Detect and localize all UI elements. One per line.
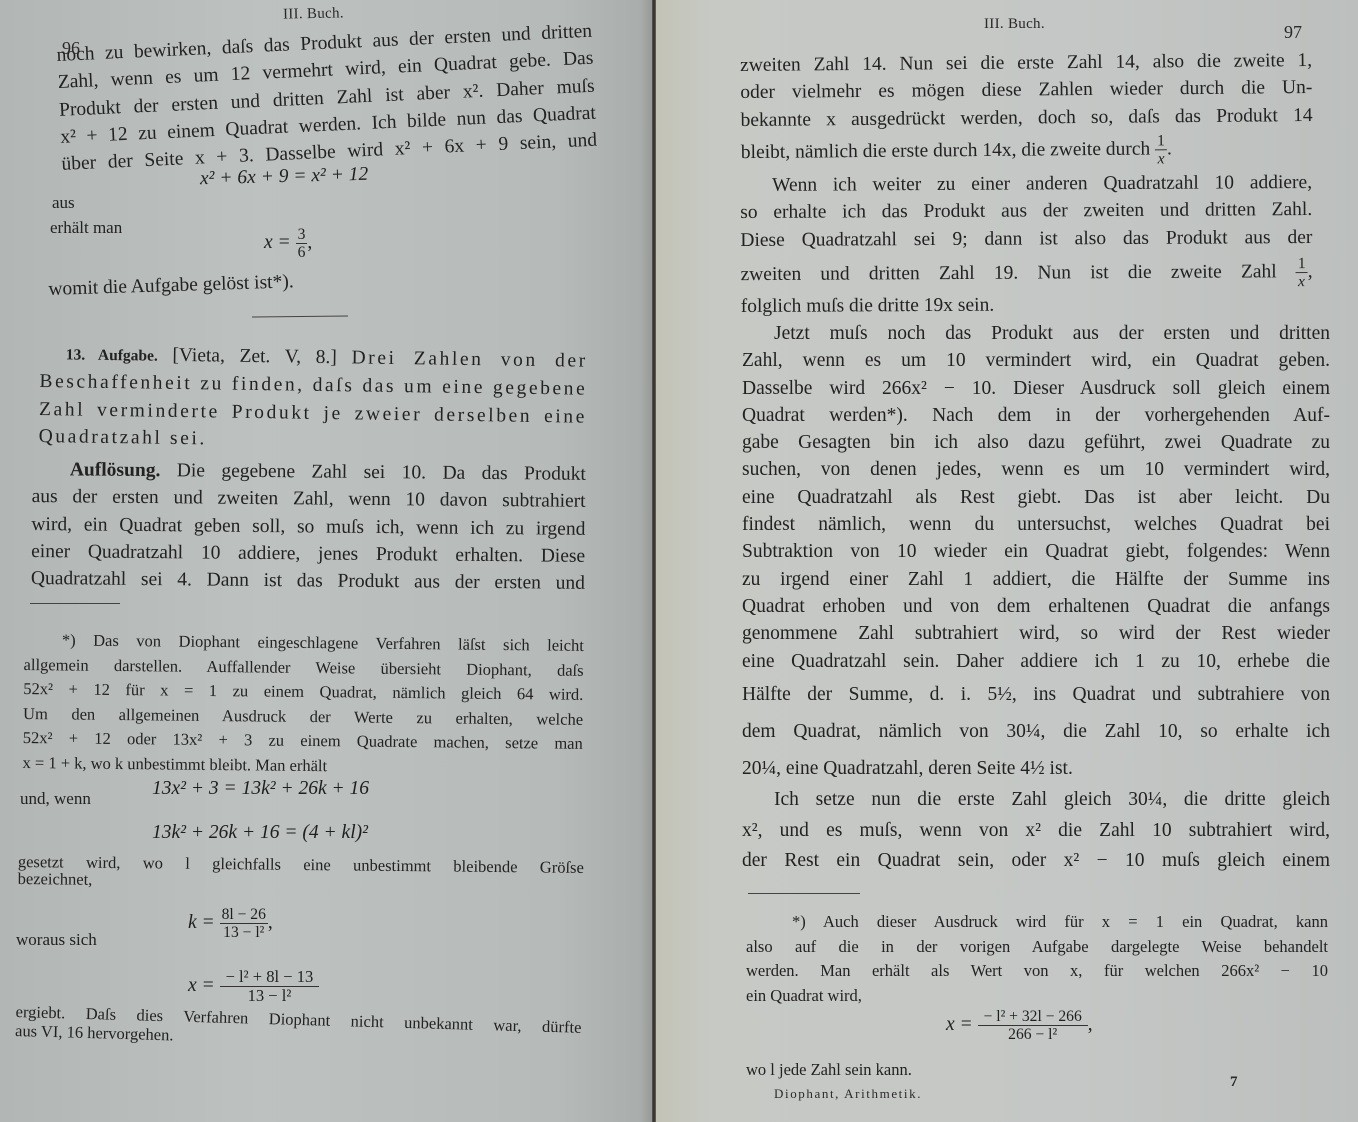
text-line: eine Quadratzahl sein. Daher addiere ich… (742, 648, 1330, 675)
text-line: Diese Quadratzahl sei 9; dann ist also d… (740, 224, 1312, 254)
continuation-text: noch zu bewirken, daſs das Produkt aus d… (56, 18, 598, 179)
paragraph-2: Wenn ich weiter zu einer anderen Quadrat… (740, 169, 1313, 320)
right-page: III. Buch. 97 zweiten Zahl 14. Nun sei d… (656, 0, 1358, 1122)
text-line: Ich setze nun die erste Zahl gleich 30¼,… (742, 786, 1330, 813)
footnote-divider (30, 603, 120, 604)
paragraph-4: Ich setze nun die erste Zahl gleich 30¼,… (742, 786, 1330, 874)
footnote-right: *) Auch dieser Ausdruck wird für x = 1 e… (746, 910, 1328, 1008)
text-line: genommene Zahl subtrahiert wird, so wird… (742, 620, 1330, 647)
text-line: Die gegebene Zahl sei 10. Da das Produkt (177, 460, 586, 485)
fraction: 8l − 2613 − l² (220, 906, 268, 941)
footnote-equation-c: k = 8l − 2613 − l², (188, 906, 273, 941)
paragraph-1: zweiten Zahl 14. Nun sei die erste Zahl … (740, 47, 1313, 171)
text-line: findest nämlich, wenn du untersuchst, we… (742, 511, 1330, 538)
text-line: Subtraktion von 10 wieder ein Quadrat gi… (742, 538, 1330, 565)
eq-lhs: x = (188, 975, 215, 996)
footnote-closing: wo l jede Zahl sein kann. (746, 1058, 912, 1083)
problem-number: 13. Aufgabe. (66, 346, 158, 364)
eq-suffix: , (1088, 1014, 1093, 1035)
solution: Auflösung. Die gegebene Zahl sei 10. Da … (31, 456, 586, 597)
text-line: Dasselbe wird 266x² − 10. Dieser Ausdruc… (742, 375, 1330, 402)
eq-lhs: x = (264, 232, 291, 253)
fraction: − l² + 8l − 1313 − l² (220, 968, 320, 1005)
numerator: 8l − 26 (220, 906, 268, 924)
text-line: Quadrat erhoben und von dem erhaltenen Q… (742, 593, 1330, 620)
text-line: dem Quadrat, nämlich von 30¼, die Zahl 1… (742, 718, 1330, 745)
footnote-equation: x = − l² + 32l − 266266 − l², (946, 1008, 1093, 1043)
text-line: Wenn ich weiter zu einer anderen Quadrat… (740, 169, 1312, 199)
text-line: Quadratzahl sei 4. Dann ist das Produkt … (31, 565, 585, 597)
text-line: 20¼, eine Quadratzahl, deren Seite 4½ is… (742, 755, 1330, 782)
equation-label-und-wenn: und, wenn (20, 789, 91, 809)
footnote-divider (748, 893, 860, 894)
signature-mark: 7 (1230, 1074, 1238, 1091)
text-line: folglich muſs die dritte 19x sein. (741, 290, 1313, 320)
text-segment: bleibt, nämlich die erste durch 14x, die… (741, 138, 1151, 163)
equation-2: x = 36, (264, 226, 312, 261)
footnote-line: also auf die in der vorigen Aufgabe darg… (746, 935, 1328, 960)
denominator: 13 − l² (220, 924, 268, 941)
fraction: 36 (296, 226, 308, 261)
conclusion-text: womit die Aufgabe gelöst ist*). (48, 268, 294, 303)
section-divider (252, 315, 348, 317)
denominator: x (1296, 273, 1308, 290)
paragraph-3: Jetzt muſs noch das Produkt aus der erst… (742, 320, 1330, 783)
footnote-line: werden. Man erhält als Wert von x, für w… (746, 959, 1328, 984)
text-segment: zweiten und dritten Zahl 19. Nun ist die… (740, 261, 1276, 285)
text-line: suchen, von denen jedes, wenn es um 10 v… (742, 456, 1330, 483)
footnote-line: *) Auch dieser Ausdruck wird für x = 1 e… (746, 910, 1328, 935)
footnote-equation-d: x = − l² + 8l − 1313 − l² (188, 968, 319, 1005)
text-line: Quadrat werden*). Nach dem in der vorher… (742, 402, 1330, 429)
text-line: eine Quadratzahl als Rest giebt. Das ist… (742, 484, 1330, 511)
numerator: 3 (296, 226, 308, 244)
eq-lhs: k = (188, 912, 215, 933)
eq-suffix: , (307, 232, 312, 253)
numerator: − l² + 32l − 266 (978, 1008, 1088, 1026)
footnote-continuation: gesetzt wird, wo l gleichfalls eine unbe… (18, 850, 584, 897)
footnote-equation-a: 13x² + 3 = 13k² + 26k + 16 (152, 778, 369, 800)
open-book-spread: III. Buch. 96 noch zu bewirken, daſs das… (0, 0, 1358, 1122)
footnote-equation-b: 13k² + 26k + 16 = (4 + kl)² (152, 822, 368, 844)
text-line: gabe Gesagten bin ich also dazu geführt,… (742, 429, 1330, 456)
problem-reference: [Vieta, Zet. V, 8.] (172, 345, 337, 368)
equation-label-erhaelt: erhält man (50, 218, 122, 238)
denominator: 6 (296, 244, 308, 261)
signature-line: Diophant, Arithmetik. (774, 1086, 922, 1102)
footnote-left: *) Das von Diophant eingeschlagene Verfa… (22, 628, 584, 781)
equation-label-aus: aus (52, 193, 75, 213)
text-line-with-fraction: bleibt, nämlich die erste durch 14x, die… (741, 131, 1313, 171)
text-line: so erhalte ich das Produkt aus der zweit… (740, 196, 1312, 226)
problem-13: 13. Aufgabe. [Vieta, Zet. V, 8.] Drei Za… (38, 340, 587, 458)
numerator: 1 (1155, 132, 1167, 150)
equation-label-woraus: woraus sich (16, 930, 97, 950)
text-segment: . (1167, 138, 1172, 159)
denominator: 266 − l² (978, 1026, 1088, 1043)
text-segment: , (1308, 261, 1313, 282)
text-line: x², und es muſs, wenn von x² die Zahl 10… (742, 817, 1330, 844)
denominator: x (1155, 150, 1167, 167)
text-line: Hälfte der Summe, d. i. 5½, ins Quadrat … (742, 681, 1330, 708)
text-line: zu irgend einer Zahl 1 addiert, die Hälf… (742, 566, 1330, 593)
fraction: 1x (1155, 132, 1167, 167)
footnote-closing: ergiebt. Daſs dies Verfahren Diophant ni… (15, 1000, 582, 1059)
fraction: 1x (1296, 255, 1308, 290)
eq-suffix: , (268, 912, 273, 933)
text-line: der Rest ein Quadrat sein, oder x² − 10 … (742, 847, 1330, 874)
left-page: III. Buch. 96 noch zu bewirken, daſs das… (0, 0, 654, 1122)
running-head-left: III. Buch. (283, 5, 344, 23)
running-head-right: III. Buch. (984, 16, 1045, 33)
problem-statement: Drei Zahlen von der (351, 347, 588, 371)
numerator: − l² + 8l − 13 (220, 968, 320, 987)
footnote-line: ein Quadrat wird, (746, 984, 1328, 1009)
page-number-right: 97 (1284, 22, 1302, 43)
equation-1: x² + 6x + 9 = x² + 12 (200, 164, 369, 190)
text-line: aus der ersten und zweiten Zahl, wenn 10… (32, 483, 586, 515)
text-line-with-fraction: zweiten und dritten Zahl 19. Nun ist die… (740, 255, 1312, 293)
numerator: 1 (1296, 255, 1308, 273)
text-line: bekannte x ausgedrückt werden, doch so, … (740, 102, 1312, 134)
solution-label: Auflösung. (70, 459, 161, 481)
eq-lhs: x = (946, 1014, 973, 1035)
fraction: − l² + 32l − 266266 − l² (978, 1008, 1088, 1043)
text-line: Jetzt muſs noch das Produkt aus der erst… (742, 320, 1330, 347)
text-line: Zahl, wenn es um 10 vermindert wird, ein… (742, 347, 1330, 374)
denominator: 13 − l² (220, 987, 320, 1005)
